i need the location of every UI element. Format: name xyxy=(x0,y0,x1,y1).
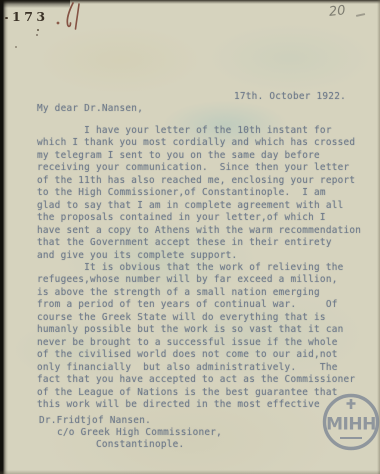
page-number-handwritten: 20 xyxy=(328,3,346,20)
archive-stamp-letters: MIHH xyxy=(326,415,376,435)
recipient-careof: c/o Greek High Commissioner, xyxy=(57,427,222,438)
ink-dot xyxy=(37,29,39,31)
archive-stamp: MIHH xyxy=(320,391,380,453)
letter-page: 173 20 17th. October 1922. My dear Dr.Na… xyxy=(0,0,380,474)
recipient-name: Dr.Fridtjof Nansen. xyxy=(39,415,151,426)
body-paragraph-2: It is obvious that the work of relieving… xyxy=(37,262,355,411)
archive-number-stamp: 173 xyxy=(12,9,49,24)
handwritten-pen-mark xyxy=(52,0,92,36)
recipient-city: Constantinople. xyxy=(96,439,184,450)
ink-dot xyxy=(5,17,8,19)
scan-edge-bottom xyxy=(0,470,380,474)
pencil-dash xyxy=(356,13,365,16)
ink-dot xyxy=(36,34,38,36)
salutation: My dear Dr.Nansen, xyxy=(37,103,143,114)
scan-edge-left xyxy=(0,0,8,474)
body-paragraph-1: I have your letter of the 10th instant f… xyxy=(37,125,361,262)
ink-dot xyxy=(15,46,17,48)
date-line: 17th. October 1922. xyxy=(234,91,346,102)
